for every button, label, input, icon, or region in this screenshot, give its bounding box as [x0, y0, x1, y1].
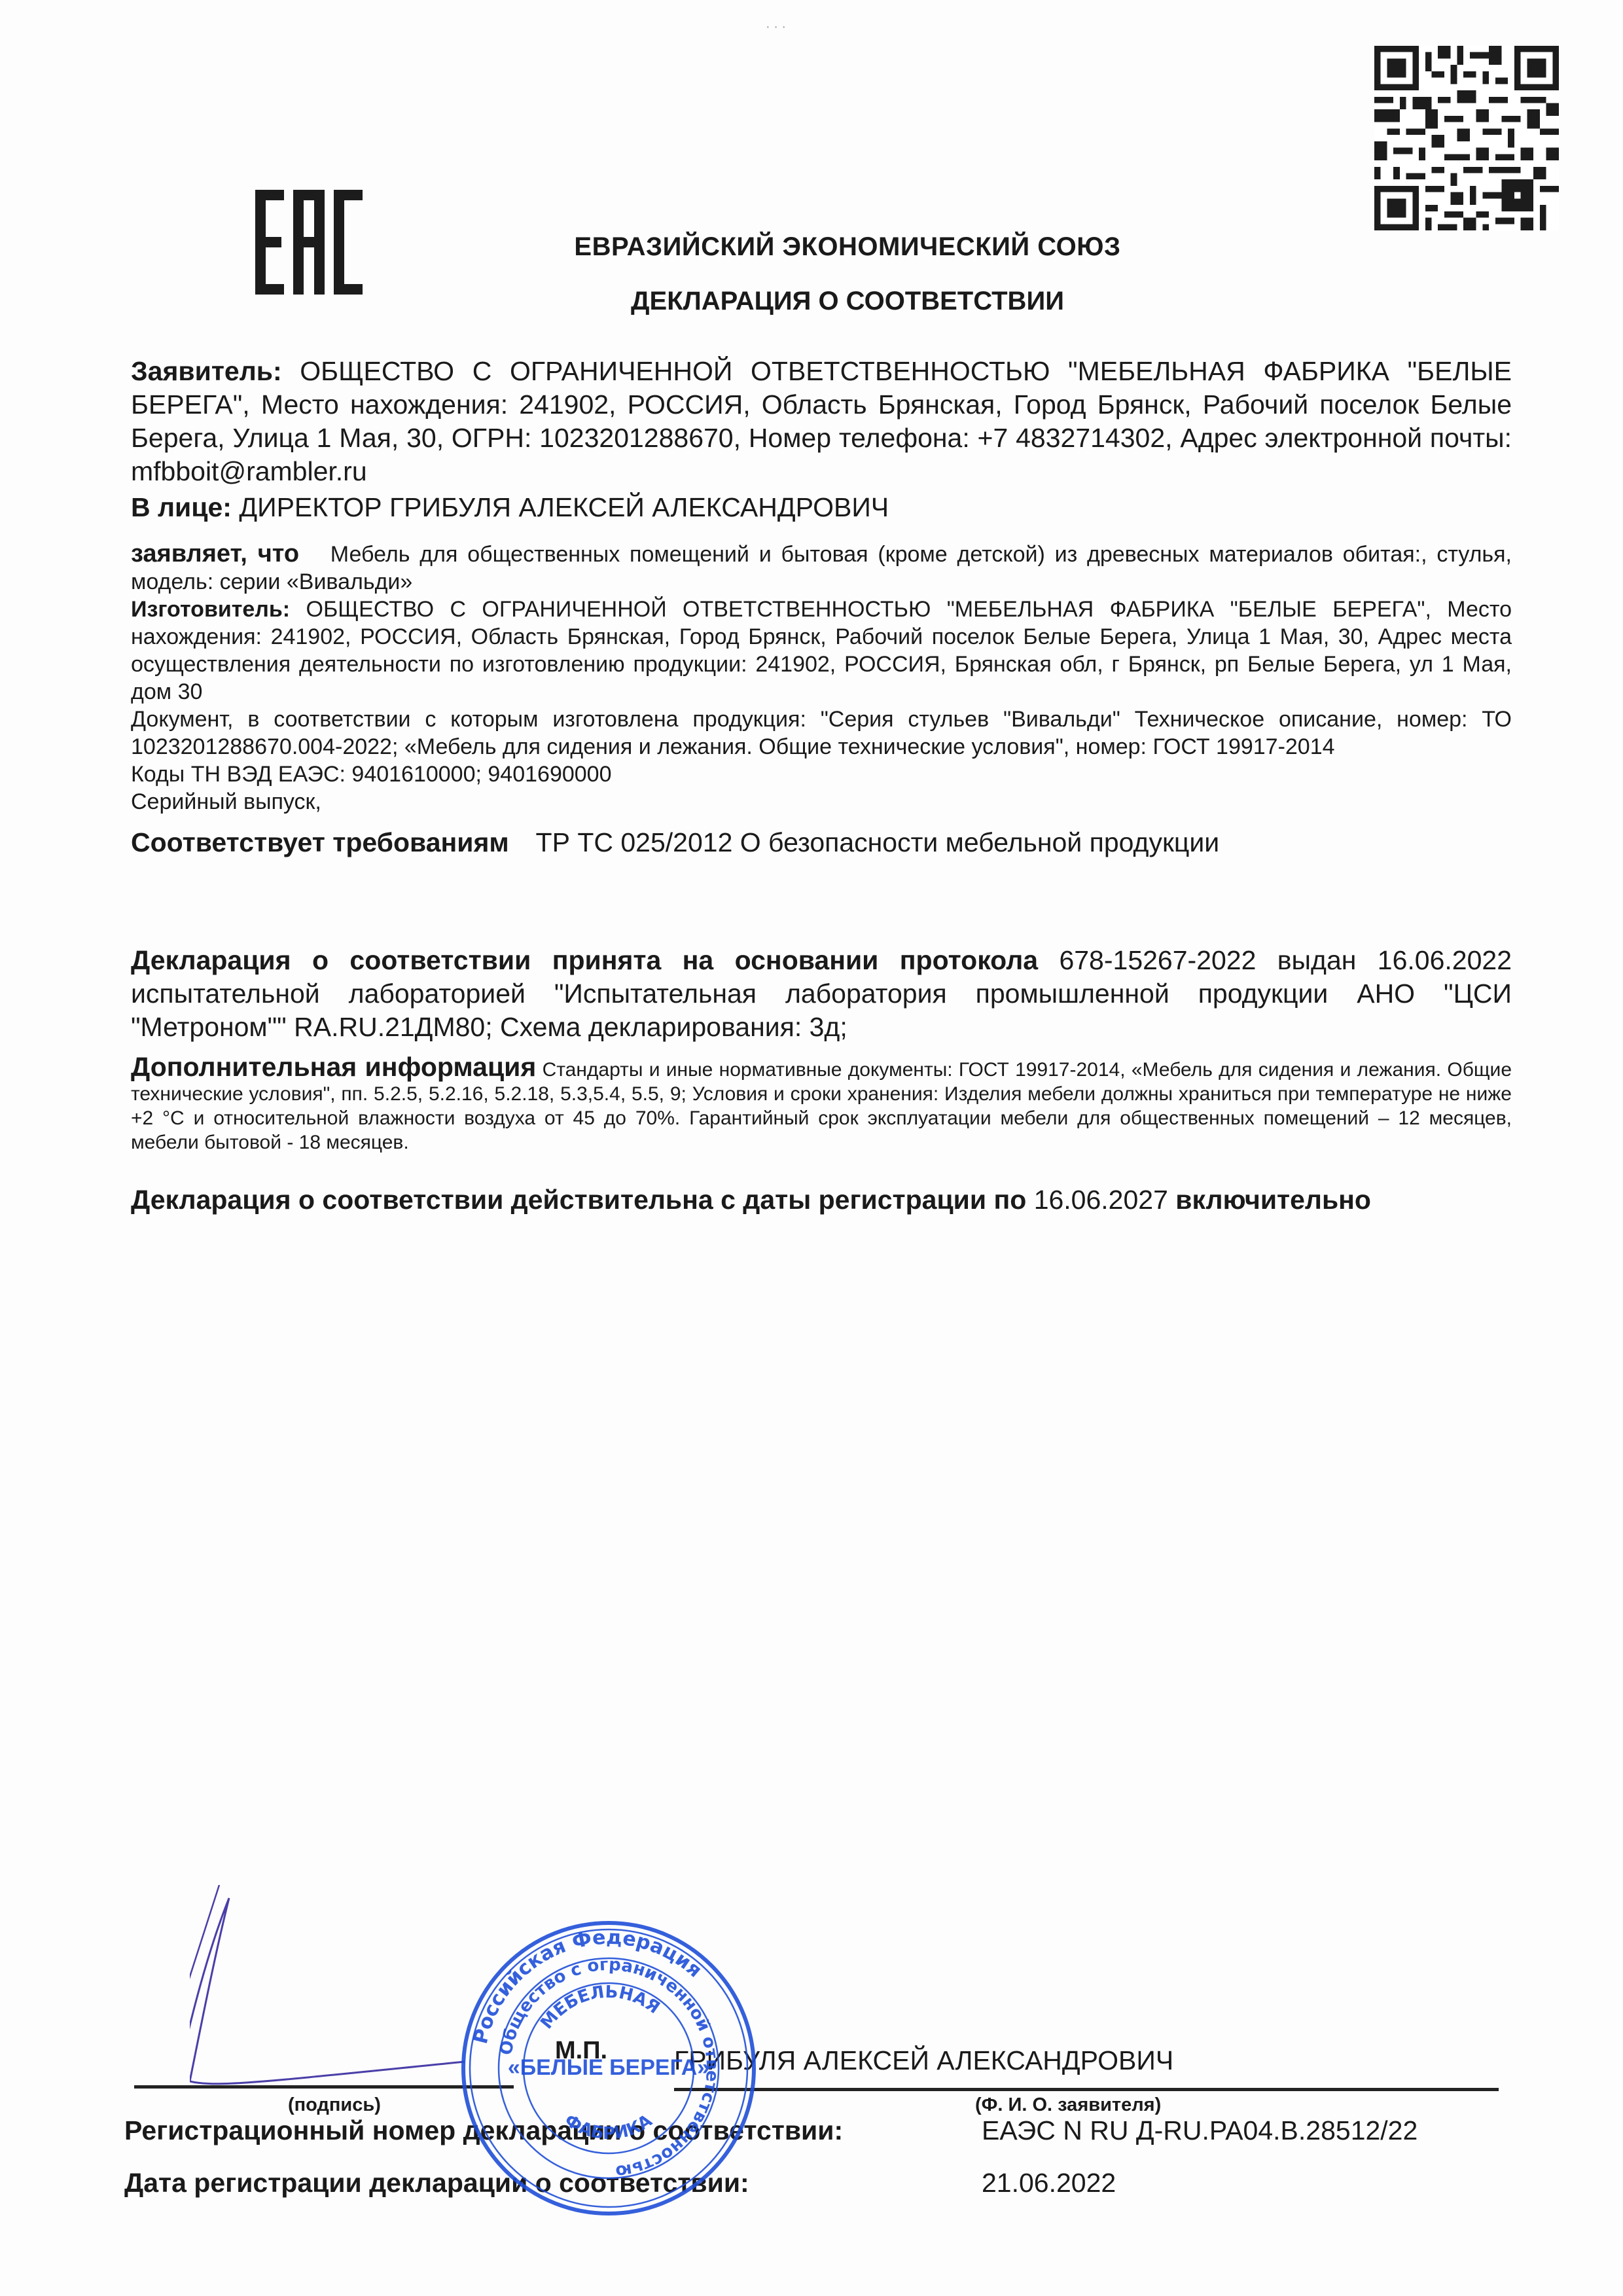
registration-date-label: Дата регистрации декларации о соответств… — [124, 2168, 749, 2198]
additional-info-section: Дополнительная информация Стандарты и ин… — [131, 1055, 1512, 1155]
signer-name: ГРИБУЛЯ АЛЕКСЕЙ АЛЕКСАНДРОВИЧ — [674, 2045, 1173, 2076]
document-title: ДЕКЛАРАЦИЯ О СООТВЕТСТВИИ — [0, 287, 1623, 316]
signature-line — [134, 2085, 514, 2089]
signature-caption: (подпись) — [288, 2094, 381, 2116]
qr-code-icon[interactable] — [1374, 46, 1559, 230]
manufacturer-label: Изготовитель: — [131, 597, 290, 622]
seal-place-label: М.П. — [555, 2037, 607, 2065]
conforms-section: Соответствует требованиям ТР ТС 025/2012… — [131, 826, 1512, 859]
applicant-label: Заявитель: — [131, 356, 282, 386]
name-caption: (Ф. И. О. заявителя) — [975, 2094, 1161, 2116]
additional-info-label: Дополнительная информация — [131, 1052, 536, 1082]
product-description: Мебель для общественных помещений и быто… — [131, 542, 1512, 594]
representative-label: В лице: — [131, 492, 232, 522]
declares-section: заявляет, что Мебель для общественных по… — [131, 540, 1512, 816]
conforms-label: Соответствует требованиям — [131, 827, 509, 857]
name-line — [674, 2088, 1499, 2091]
validity-label: Декларация о соответствии действительна … — [131, 1185, 1026, 1215]
svg-text:МЕБЕЛЬНАЯ: МЕБЕЛЬНАЯ — [537, 1982, 663, 2033]
registration-number: ЕАЭС N RU Д-RU.PA04.B.28512/22 — [982, 2115, 1418, 2146]
registration-number-label: Регистрационный номер декларации о соотв… — [124, 2115, 843, 2146]
manufacturer-text: ОБЩЕСТВО С ОГРАНИЧЕННОЙ ОТВЕТСТВЕННОСТЬЮ… — [131, 597, 1512, 704]
declares-label: заявляет, что — [131, 540, 299, 567]
validity-suffix: включительно — [1175, 1185, 1371, 1215]
registration-date: 21.06.2022 — [982, 2168, 1116, 2198]
protocol-label: Декларация о соответствии принята на осн… — [131, 945, 1038, 975]
release-type: Серийный выпуск, — [131, 788, 1512, 816]
declaration-page: · · · ЕВРАЗИЙСКИЙ ЭКОНОМИЧЕСКИЙ СОЮЗ ДЕК… — [0, 0, 1623, 2296]
technical-regulation: ТР ТС 025/2012 О безопасности мебельной … — [536, 827, 1220, 857]
validity-date: 16.06.2027 — [1034, 1185, 1168, 1215]
scan-artifact: · · · — [766, 20, 786, 35]
applicant-section: Заявитель: ОБЩЕСТВО С ОГРАНИЧЕННОЙ ОТВЕТ… — [131, 355, 1512, 488]
production-document: Документ, в соответствии с которым изгот… — [131, 706, 1512, 761]
representative-section: В лице: ДИРЕКТОР ГРИБУЛЯ АЛЕКСЕЙ АЛЕКСАН… — [131, 491, 1512, 524]
applicant-text: ОБЩЕСТВО С ОГРАНИЧЕННОЙ ОТВЕТСТВЕННОСТЬЮ… — [131, 356, 1512, 486]
tn-ved-codes: Коды ТН ВЭД ЕАЭС: 9401610000; 9401690000 — [131, 761, 1512, 788]
protocol-section: Декларация о соответствии принята на осн… — [131, 944, 1512, 1044]
union-title: ЕВРАЗИЙСКИЙ ЭКОНОМИЧЕСКИЙ СОЮЗ — [0, 232, 1623, 262]
svg-text:Российская Федерация: Российская Федерация — [469, 1926, 706, 2047]
representative-text: ДИРЕКТОР ГРИБУЛЯ АЛЕКСЕЙ АЛЕКСАНДРОВИЧ — [239, 492, 889, 522]
validity-section: Декларация о соответствии действительна … — [131, 1183, 1512, 1217]
